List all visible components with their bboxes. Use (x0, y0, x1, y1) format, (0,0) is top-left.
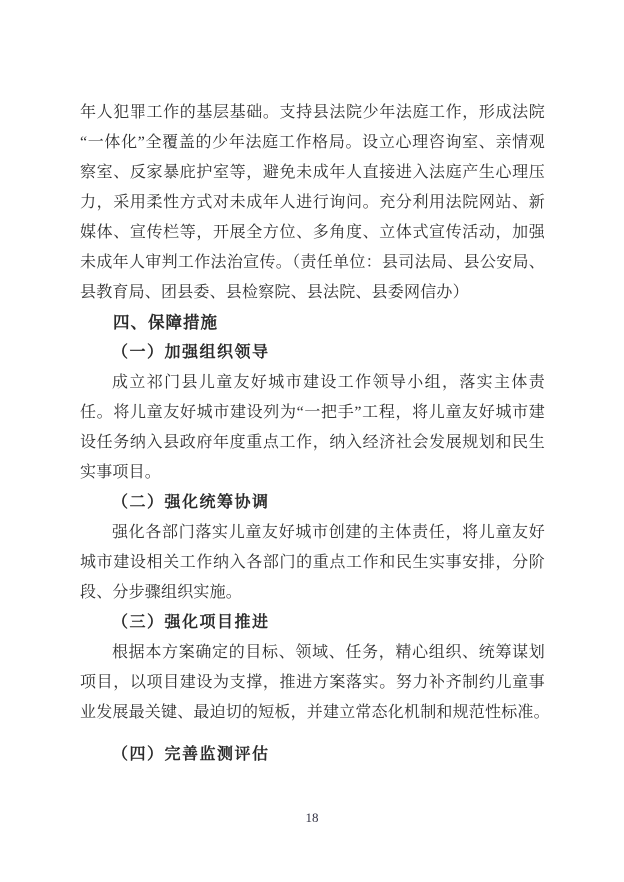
body-line: 实事项目。 (80, 458, 545, 488)
body-line: “一体化”全覆盖的少年法庭工作格局。设立心理咨询室、亲情观 (80, 128, 545, 158)
body-line: 强化各部门落实儿童友好城市创建的主体责任，将儿童友好 (80, 518, 545, 548)
subsection-1-heading: （一）加强组织领导 (80, 338, 545, 368)
body-line: 察室、反家暴庇护室等，避免未成年人直接进入法庭产生心理压 (80, 158, 545, 188)
body-line: 县教育局、团县委、县检察院、县法院、县委网信办） (80, 278, 545, 308)
subsection-3-heading: （三）强化项目推进 (80, 608, 545, 638)
body-line: 城市建设相关工作纳入各部门的重点工作和民生实事安排，分阶 (80, 548, 545, 578)
body-line: 业发展最关键、最迫切的短板，并建立常态化机制和规范性标准。 (80, 698, 545, 728)
page-content: 年人犯罪工作的基层基础。支持县法院少年法庭工作，形成法院 “一体化”全覆盖的少年… (80, 98, 545, 770)
body-line: 年人犯罪工作的基层基础。支持县法院少年法庭工作，形成法院 (80, 98, 545, 128)
subsection-2-heading: （二）强化统筹协调 (80, 488, 545, 518)
body-line: 段、分步骤组织实施。 (80, 578, 545, 608)
section-heading: 四、保障措施 (80, 308, 545, 338)
body-line: 任。将儿童友好城市建设列为“一把手”工程，将儿童友好城市建 (80, 398, 545, 428)
body-line: 项目，以项目建设为支撑，推进方案落实。努力补齐制约儿童事 (80, 668, 545, 698)
document-page: 年人犯罪工作的基层基础。支持县法院少年法庭工作，形成法院 “一体化”全覆盖的少年… (0, 0, 624, 882)
body-line: 媒体、宣传栏等，开展全方位、多角度、立体式宣传活动，加强 (80, 218, 545, 248)
body-line: 未成年人审判工作法治宣传。（责任单位：县司法局、县公安局、 (80, 248, 545, 278)
page-number: 18 (306, 810, 319, 825)
body-line: 成立祁门县儿童友好城市建设工作领导小组，落实主体责 (80, 368, 545, 398)
body-line: 设任务纳入县政府年度重点工作，纳入经济社会发展规划和民生 (80, 428, 545, 458)
page-footer: 18 (0, 808, 624, 828)
body-line: 力，采用柔性方式对未成年人进行询问。充分利用法院网站、新 (80, 188, 545, 218)
subsection-4-heading: （四）完善监测评估 (80, 740, 545, 770)
body-line: 根据本方案确定的目标、领域、任务，精心组织、统筹谋划 (80, 638, 545, 668)
